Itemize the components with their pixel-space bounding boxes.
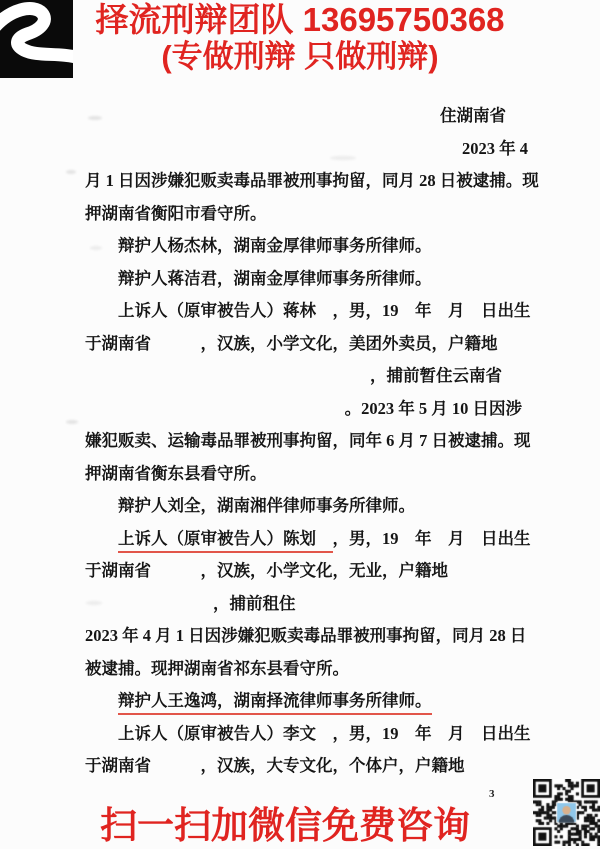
document-line-appellant: 上诉人（原审被告人）李文 ，男，19 年 月 日出生 [85, 718, 528, 751]
document-line: 于湖南省 ，汉族，小学文化，无业，户籍地 [85, 555, 528, 588]
document-line: 月 1 日因涉嫌犯贩卖毒品罪被刑事拘留，同月 28 日被逮捕。现 [85, 165, 528, 198]
document-line: 于湖南省 ，汉族，小学文化，美团外卖员，户籍地 [85, 328, 528, 361]
document-line: ，捕前租住 [85, 588, 528, 621]
document-line: 押湖南省衡东县看守所。 [85, 458, 528, 491]
document-line: 。2023 年 5 月 10 日因涉 [85, 393, 528, 426]
document-line: 嫌犯贩卖、运输毒品罪被刑事拘留，同年 6 月 7 日被逮捕。现 [85, 425, 528, 458]
document-line-rest: ，男，19 年 月 日出生 [333, 529, 531, 548]
document-body: 住湖南省 2023 年 4 月 1 日因涉嫌犯贩卖毒品罪被刑事拘留，同月 28 … [85, 100, 528, 783]
document-line-defender: 辩护人杨杰林，湖南金厚律师事务所律师。 [85, 230, 528, 263]
document-line: 住湖南省 [85, 100, 528, 133]
ad-header: 择流刑辩团队 13695750368 (专做刑辩 只做刑辩) [0, 1, 600, 75]
document-line: 被逮捕。现押湖南省祁东县看守所。 [85, 653, 528, 686]
scan-artifact [66, 420, 78, 424]
document-line-defender: 辩护人刘全，湖南湘伴律师事务所律师。 [85, 490, 528, 523]
red-underlined-text: 辩护人王逸鸿，湖南择流律师事务所律师。 [118, 687, 432, 715]
scanned-document-page: 择流刑辩团队 13695750368 (专做刑辩 只做刑辩) 住湖南省 2023… [0, 0, 600, 849]
scan-artifact [66, 170, 76, 174]
document-line: ，捕前暂住云南省 [85, 360, 528, 393]
wechat-qr-code [533, 779, 600, 846]
document-line: 于湖南省 ，汉族，大专文化，个体户，户籍地 [85, 750, 528, 783]
red-underlined-text: 上诉人（原审被告人）陈划 [118, 525, 333, 553]
document-line-defender: 辩护人蒋洁君，湖南金厚律师事务所律师。 [85, 263, 528, 296]
document-line-appellant: 上诉人（原审被告人）蒋林 ，男，19 年 月 日出生 [85, 295, 528, 328]
ad-footer-cta: 扫一扫加微信免费咨询 [0, 795, 570, 849]
document-line-defender-underlined: 辩护人王逸鸿，湖南择流律师事务所律师。 [85, 685, 528, 718]
document-line: 押湖南省衡阳市看守所。 [85, 198, 528, 231]
ad-team-and-phone: 择流刑辩团队 13695750368 [0, 1, 600, 38]
document-line: 2023 年 4 [85, 133, 528, 166]
document-line: 2023 年 4 月 1 日因涉嫌犯贩卖毒品罪被刑事拘留，同月 28 日 [85, 620, 528, 653]
document-line-appellant-underlined: 上诉人（原审被告人）陈划 ，男，19 年 月 日出生 [85, 523, 528, 556]
ad-slogan: (专做刑辩 只做刑辩) [0, 38, 600, 75]
